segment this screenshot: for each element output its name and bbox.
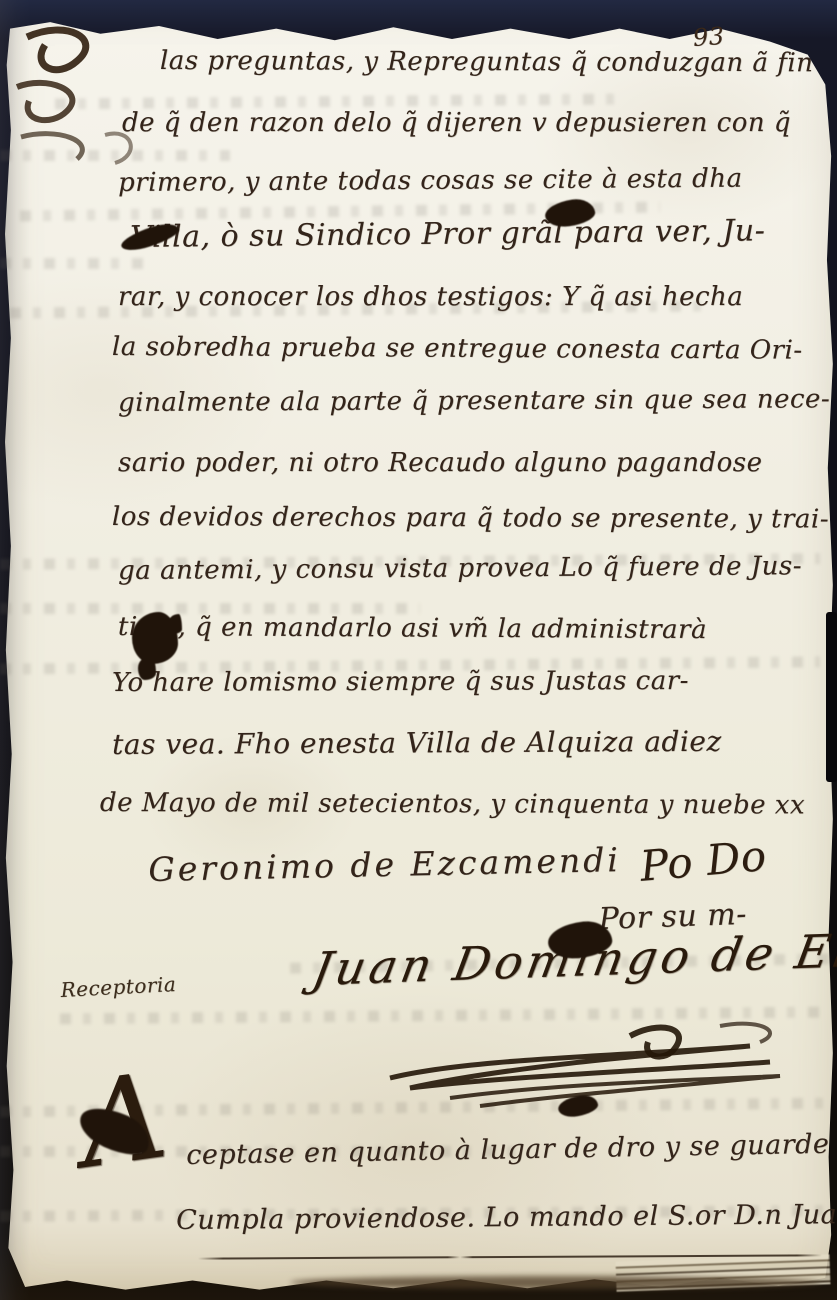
manuscript-line: ginalmente ala parte q̃ presentare sin q… [118, 384, 830, 418]
manuscript-line: ticia, q̃ en mandarlo asi vm̃ la adminis… [118, 612, 707, 645]
manuscript-line: tas vea. Fho enesta Villa de Alquiza adi… [112, 725, 722, 761]
paper-bottom-stain [290, 1276, 820, 1289]
manuscript-scan: { "page": { "number": "93" }, "colors": … [0, 0, 837, 1300]
acceptance-line: Cumpla proviendose. Lo mando el S.or D.n… [176, 1198, 837, 1236]
manuscript-line: de q̃ den razon delo q̃ dijeren v depusi… [122, 108, 791, 138]
manuscript-line: Yo hare lomismo siempre q̃ sus Justas ca… [112, 666, 689, 698]
manuscript-line: Villa, ò su Sindico Pror grãl para ver, … [130, 213, 765, 255]
manuscript-line: rar, y conocer los dhos testigos: Y q̃ a… [118, 282, 743, 312]
manuscript-line: los devidos derechos para q̃ todo se pre… [112, 502, 829, 535]
manuscript-line: la sobredha prueba se entregue conesta c… [112, 332, 803, 366]
manuscript-line: ga antemi, y consu vista provea Lo q̃ fu… [118, 551, 802, 586]
ink-blot [132, 612, 178, 664]
manuscript-line: las preguntas, y Repreguntas q̃ conduzga… [160, 46, 814, 78]
rubric-flourish [330, 1018, 800, 1113]
manuscript-line: sario poder, ni otro Recaudo alguno paga… [118, 448, 762, 478]
scan-edge-shadow [826, 612, 837, 782]
corner-ink-flourishes [5, 15, 155, 175]
manuscript-line: de Mayo de mil setecientos, y cinquenta … [100, 788, 805, 820]
manuscript-line: primero, y ante todas cosas se cite à es… [118, 164, 743, 198]
